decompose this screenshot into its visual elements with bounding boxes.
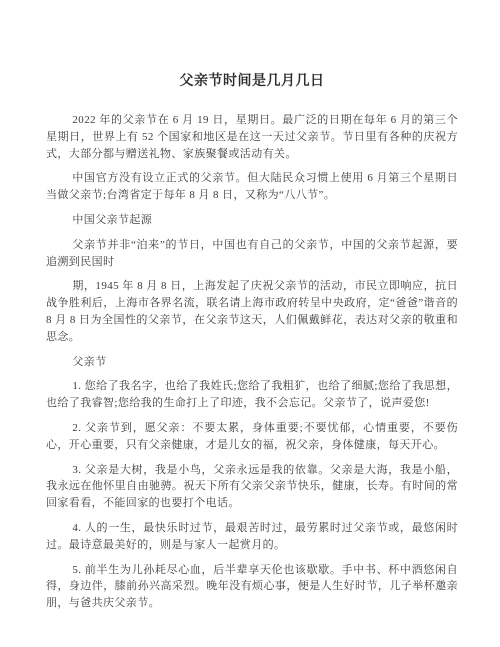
paragraph: 父亲节并非“泊来”的节日，中国也有自己的父亲节，中国的父亲节起源，要追溯到民国时: [46, 237, 458, 271]
list-item: 4. 人的一生，最快乐时过节，最艰苦时过，最劳累时过父亲节或，最悠闲时过。最诗意…: [46, 520, 458, 554]
document-page: 父亲节时间是几月几日 2022 年的父亲节在 6 月 19 日，星期日。最广泛的…: [0, 0, 500, 647]
list-item: 5. 前半生为儿孙耗尽心血，后半辈享天伦也该歇歇。手中书、杯中酒悠闲自得，身边伴…: [46, 562, 458, 612]
list-item: 2. 父亲节到，愿父亲：不要太累，身体重要;不要忧郁，心情重要，不要伤心，开心重…: [46, 420, 458, 454]
paragraph: 期，1945 年 8 月 8 日，上海发起了庆祝父亲节的活动，市民立即响应，抗日…: [46, 278, 458, 345]
paragraph: 中国官方没有设立正式的父亲节。但大陆民众习惯上使用 6 月第三个星期日当做父亲节…: [46, 170, 458, 204]
section-heading: 父亲节: [46, 354, 458, 371]
document-title: 父亲节时间是几月几日: [46, 70, 458, 90]
list-item: 3. 父亲是大树，我是小鸟，父亲永远是我的依靠。父亲是大海，我是小船，我永远在他…: [46, 462, 458, 512]
paragraph: 2022 年的父亲节在 6 月 19 日，星期日。最广泛的日期在每年 6 月的第…: [46, 112, 458, 162]
list-item: 1. 您给了我名字，也给了我姓氏;您给了我粗犷，也给了细腻;您给了我思想，也给了…: [46, 378, 458, 412]
section-heading: 中国父亲节起源: [46, 212, 458, 229]
